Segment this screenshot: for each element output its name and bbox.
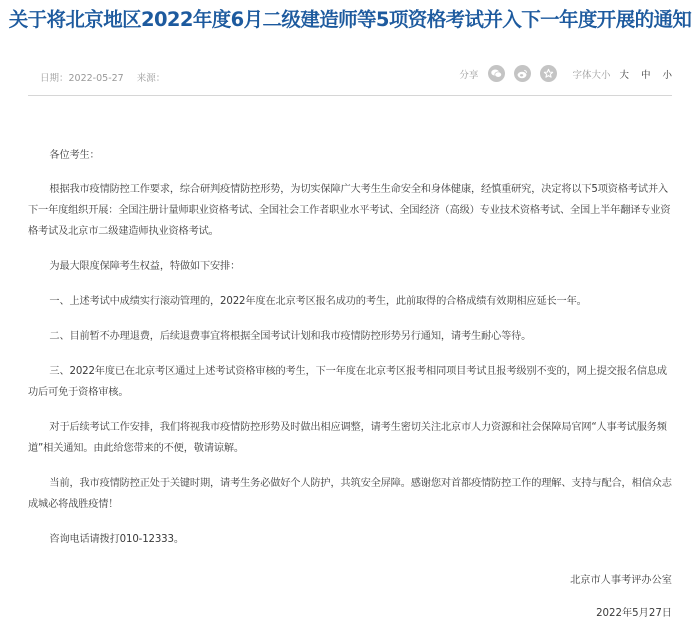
- body-paragraph: 三、2022年度已在北京考区通过上述考试资格审核的考生，下一年度在北京考区报考相…: [28, 361, 676, 403]
- contact-paragraph: 咨询电话请拨打010-12333。: [28, 529, 676, 550]
- body-paragraph: 为最大限度保障考生权益，特做如下安排：: [28, 256, 676, 277]
- meta-info: 日期：2022-05-27 来源：: [40, 70, 175, 84]
- body-paragraph: 根据我市疫情防控工作要求，综合研判疫情防控形势，为切实保障广大考生生命安全和身体…: [28, 179, 676, 242]
- publish-date: 日期：2022-05-27: [40, 73, 124, 84]
- share-label: 分享: [459, 67, 478, 81]
- font-size-label: 字体大小: [572, 67, 610, 81]
- meta-tools: 分享 字体大小 大 中 小: [459, 65, 672, 82]
- font-size-small-button[interactable]: 小: [662, 67, 672, 81]
- body-paragraph: 对于后续考试工作安排，我们将视我市疫情防控形势及时做出相应调整，请考生密切关注北…: [28, 417, 676, 459]
- signature-organization: 北京市人事考评办公室: [570, 571, 672, 586]
- article-meta: 日期：2022-05-27 来源： 分享 字体大小 大 中 小: [40, 68, 672, 88]
- signature-date: 2022年5月27日: [596, 604, 672, 619]
- body-paragraph: 二、目前暂不办理退费，后续退费事宜将根据全国考试计划和我市疫情防控形势另行通知，…: [28, 326, 676, 347]
- wechat-icon[interactable]: [488, 65, 505, 82]
- body-paragraph: 当前，我市疫情防控正处于关键时期，请考生务必做好个人防护，共筑安全屏障。感谢您对…: [28, 473, 676, 515]
- font-size-large-button[interactable]: 大: [619, 67, 629, 81]
- greeting-paragraph: 各位考生：: [28, 145, 676, 166]
- weibo-icon[interactable]: [514, 65, 531, 82]
- page-title: 关于将北京地区2022年度6月二级建造师等5项资格考试并入下一年度开展的通知: [0, 4, 700, 36]
- article-body: 各位考生： 根据我市疫情防控工作要求，综合研判疫情防控形势，为切实保障广大考生生…: [28, 145, 676, 564]
- favorite-icon[interactable]: [540, 65, 557, 82]
- body-paragraph: 一、上述考试中成绩实行滚动管理的，2022年度在北京考区报名成功的考生，此前取得…: [28, 291, 676, 312]
- font-size-medium-button[interactable]: 中: [641, 67, 651, 81]
- source-label: 来源：: [137, 73, 166, 84]
- header-divider: [28, 95, 672, 96]
